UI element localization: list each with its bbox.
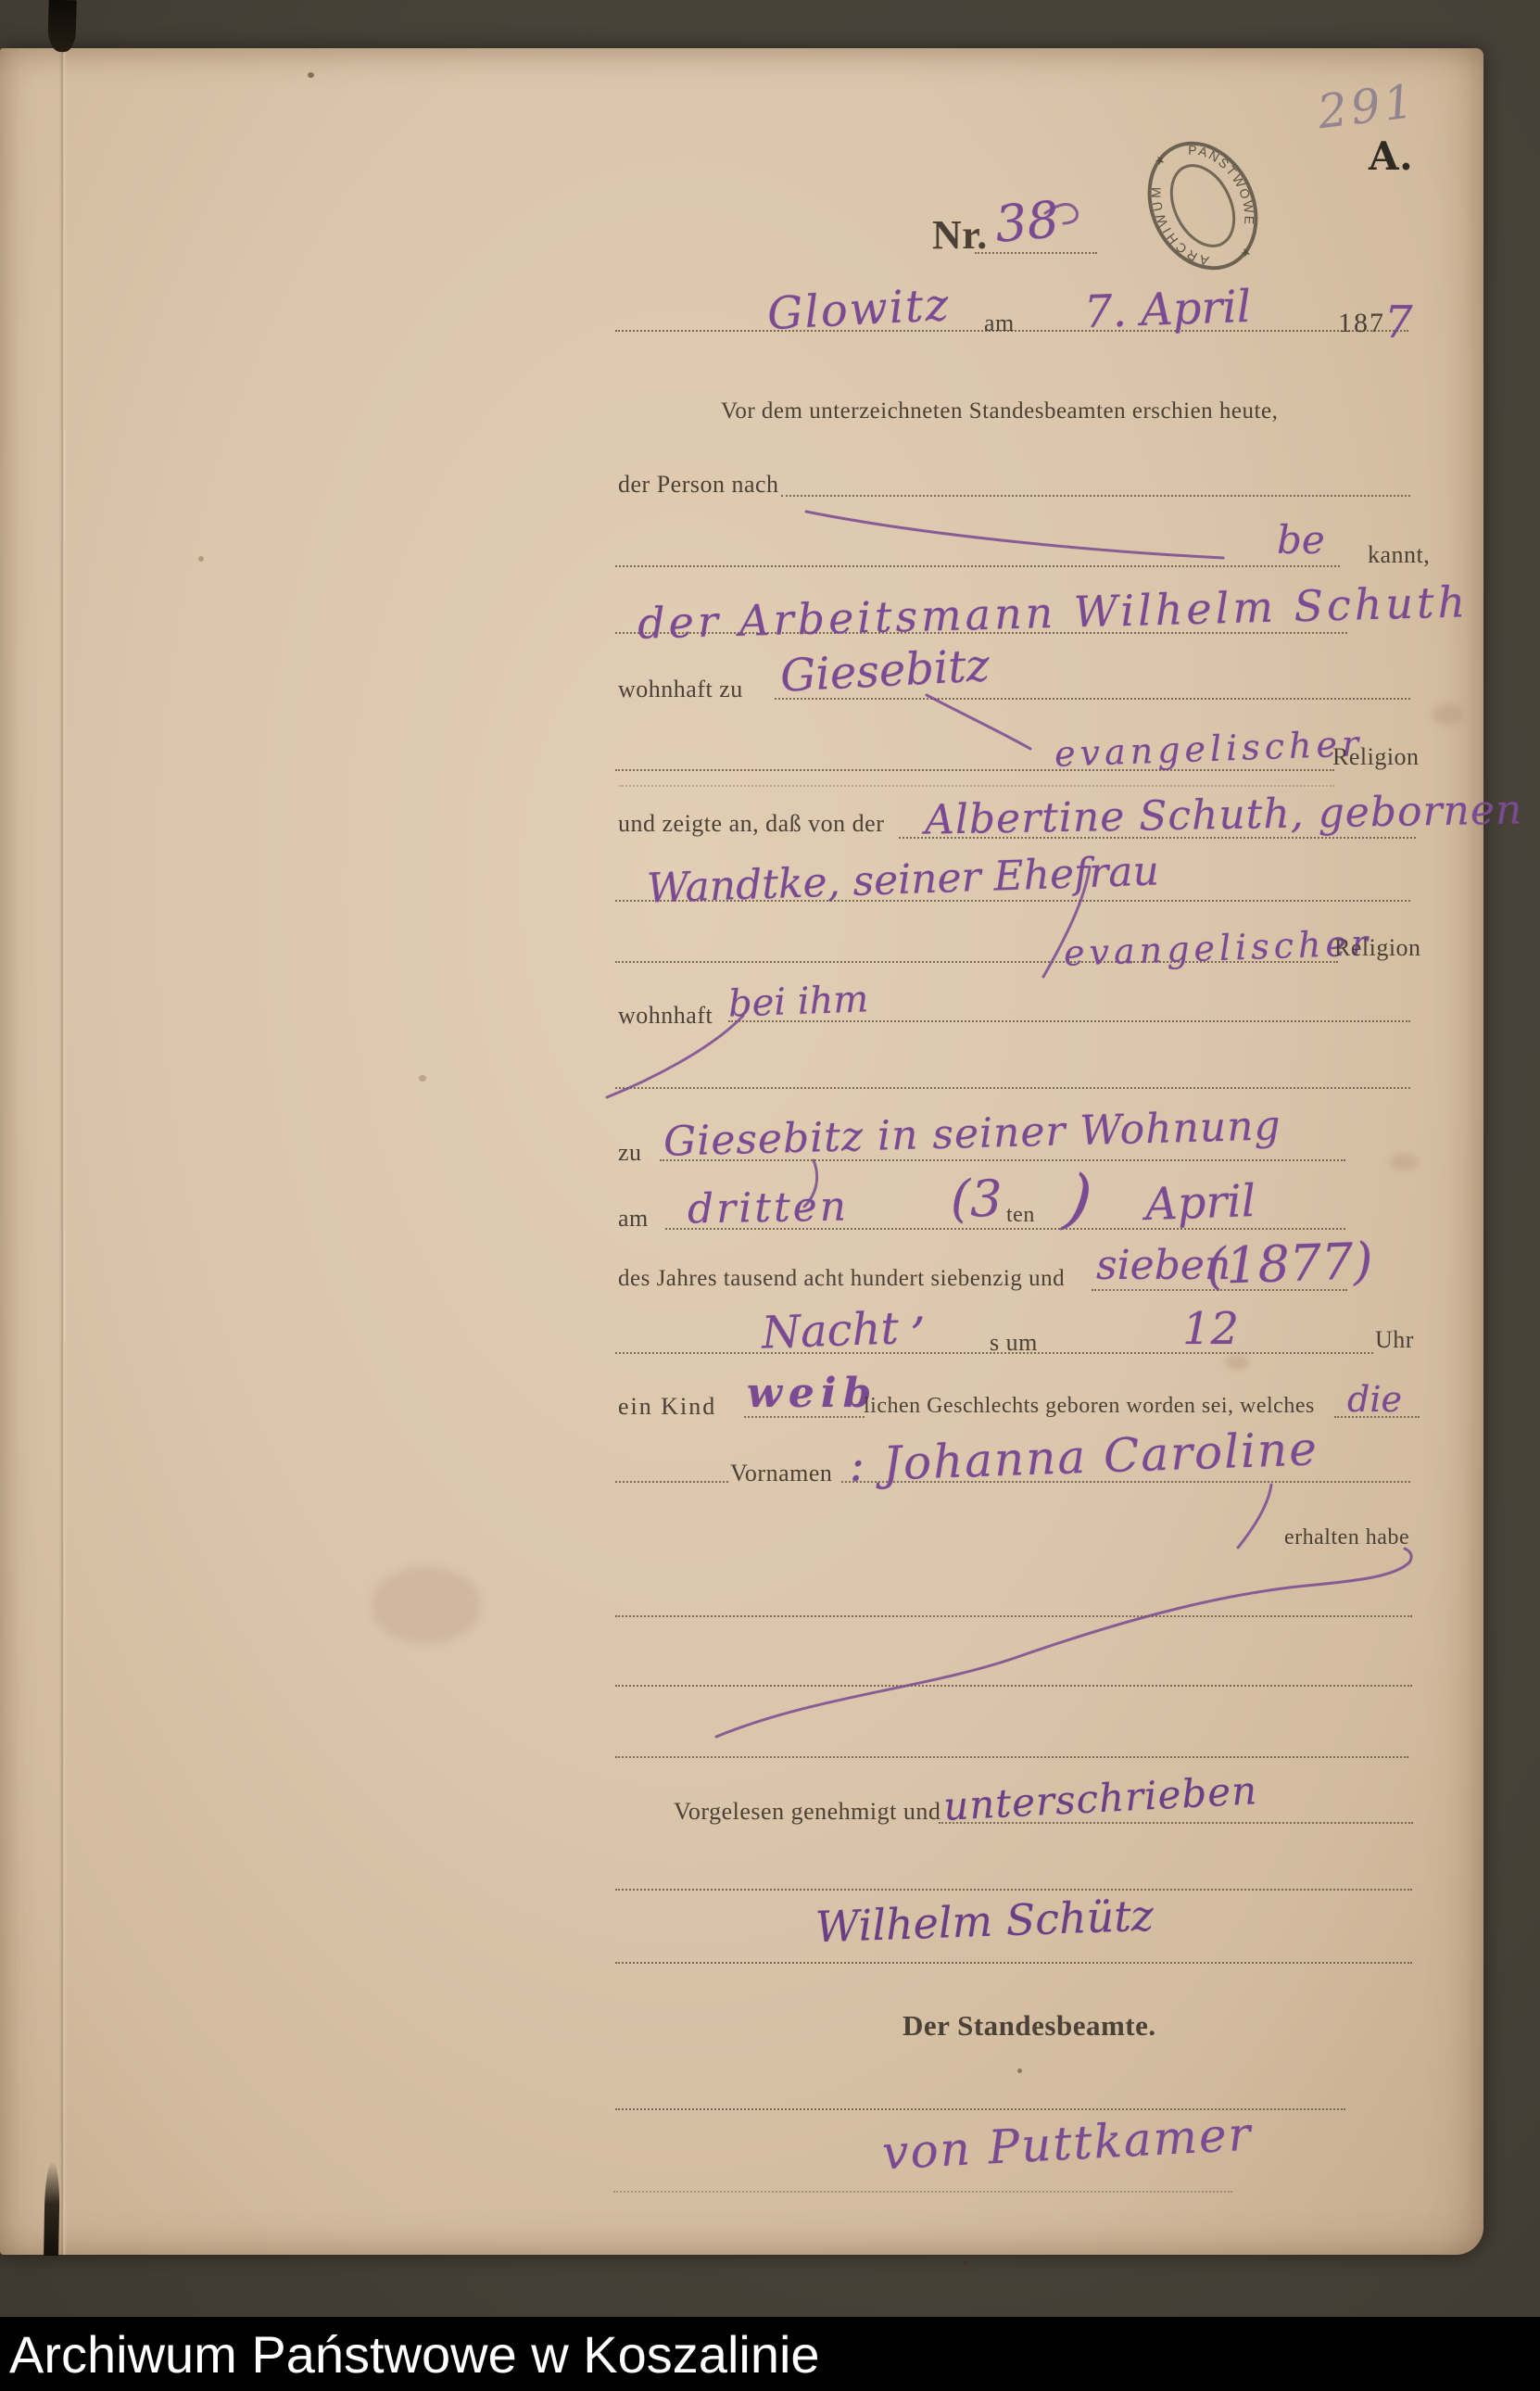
ink-stroke-giesebitz-tail (927, 695, 1030, 749)
ink-stroke-bei-ihm-tail (607, 1016, 743, 1097)
ink-stroke-closing-flourish (716, 1549, 1411, 1737)
ink-stroke-giesebitz2-tail (804, 1160, 817, 1207)
ink-stroke-ehefrau-tail (1043, 867, 1090, 977)
ink-stroke-caroline-tail (1238, 1485, 1271, 1548)
archive-caption-text: Archiwum Państwowe w Koszalinie (9, 2324, 820, 2385)
ink-stroke-person-nach (806, 512, 1223, 558)
archive-caption-bar: Archiwum Państwowe w Koszalinie (0, 2317, 1540, 2391)
scan-viewport: ARCHIWUM PAŃSTWOWE ★ ★ 291 A. Nr. 38 Glo… (0, 0, 1540, 2391)
ink-stroke-nr-curl (1045, 204, 1077, 223)
ink-flourishes (0, 0, 1540, 2391)
